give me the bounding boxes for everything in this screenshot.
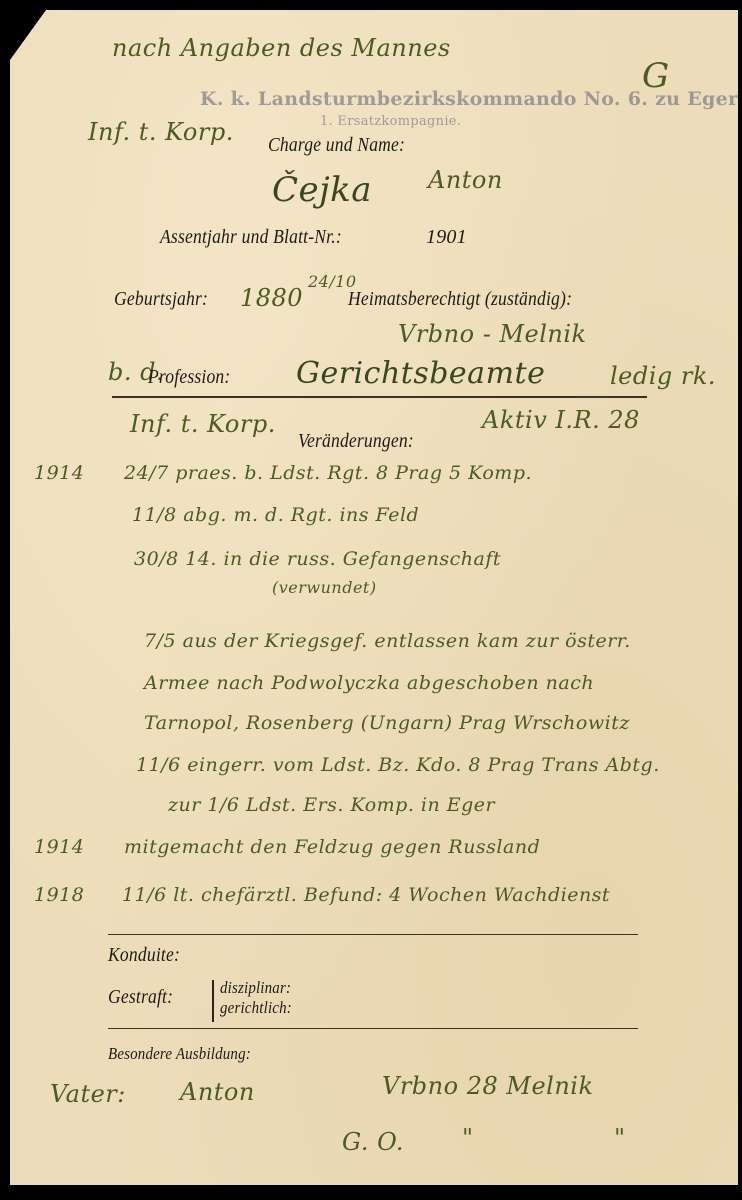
change-entry: (verwundet)	[272, 578, 377, 597]
change-entry: 24/7 praes. b. Ldst. Rgt. 8 Prag 5 Komp.	[124, 462, 532, 484]
marital-status: ledig rk.	[610, 362, 716, 390]
change-entry: zur 1/6 Ldst. Ers. Komp. in Eger	[168, 794, 495, 816]
vater-place: Vrbno 28 Melnik	[382, 1072, 594, 1100]
change-year: 1918	[34, 884, 84, 906]
assentjahr-value: 1901	[426, 226, 467, 249]
unit-note-mid: Inf. t. Korp.	[130, 410, 276, 438]
assentjahr-label: Assentjahr und Blatt-Nr.:	[160, 226, 342, 249]
header-note: nach Angaben des Mannes	[112, 34, 451, 62]
profession-label: Profession:	[148, 366, 230, 389]
change-entry: 11/8 abg. m. d. Rgt. ins Feld	[132, 504, 419, 526]
unit-note-top: Inf. t. Korp.	[88, 118, 234, 146]
aktiv-note: Aktiv I.R. 28	[482, 406, 640, 434]
geburtsjahr-value: 1880	[240, 284, 303, 312]
mother-line: G. O.	[342, 1128, 404, 1156]
disziplinar-label: disziplinar:	[220, 978, 291, 998]
profession-rule	[112, 396, 647, 398]
change-entry: Tarnopol, Rosenberg (Ungarn) Prag Wrscho…	[144, 712, 630, 734]
separator-rule-2	[108, 1028, 638, 1029]
surname: Čejka	[272, 170, 372, 210]
change-year: 1914	[34, 462, 84, 484]
change-entry: Armee nach Podwolyczka abgeschoben nach	[144, 672, 594, 694]
ausbildung-label: Besondere Ausbildung:	[108, 1044, 251, 1064]
given-name: Anton	[428, 166, 503, 194]
konduite-label: Konduite:	[108, 944, 180, 967]
change-entry: 11/6 lt. chefärztl. Befund: 4 Wochen Wac…	[122, 884, 610, 906]
stamp-line-2: 1. Ersatzkompagnie.	[320, 114, 461, 129]
geburtsjahr-label: Geburtsjahr:	[114, 288, 208, 311]
gestraft-label: Gestraft:	[108, 986, 173, 1009]
brace	[212, 980, 214, 1022]
ditto-mark: "	[462, 1124, 474, 1152]
gerichtlich-label: gerichtlich:	[220, 998, 292, 1018]
change-entry: 7/5 aus der Kriegsgef. entlassen kam zur…	[144, 630, 631, 652]
stamp-line-1: K. k. Landsturmbezirkskommando No. 6. zu…	[200, 88, 738, 110]
record-card: nach Angaben des Mannes G K. k. Landstur…	[10, 10, 738, 1185]
profession-value: Gerichtsbeamte	[296, 356, 545, 391]
vater-name: Anton	[180, 1078, 255, 1106]
heimat-value: Vrbno - Melnik	[398, 320, 587, 348]
vater-label: Vater:	[50, 1080, 126, 1108]
change-entry: 11/6 eingerr. vom Ldst. Bz. Kdo. 8 Prag …	[136, 754, 660, 776]
separator-rule	[108, 934, 638, 935]
change-year: 1914	[34, 836, 84, 858]
veraenderungen-label: Veränderungen:	[298, 430, 414, 453]
ditto-mark: "	[614, 1124, 626, 1152]
change-entry: mitgemacht den Feldzug gegen Russland	[124, 836, 540, 858]
change-entry: 30/8 14. in die russ. Gefangenschaft	[134, 548, 501, 570]
heimat-label: Heimatsberechtigt (zuständig):	[348, 288, 572, 311]
charge-name-label: Charge und Name:	[268, 134, 405, 157]
